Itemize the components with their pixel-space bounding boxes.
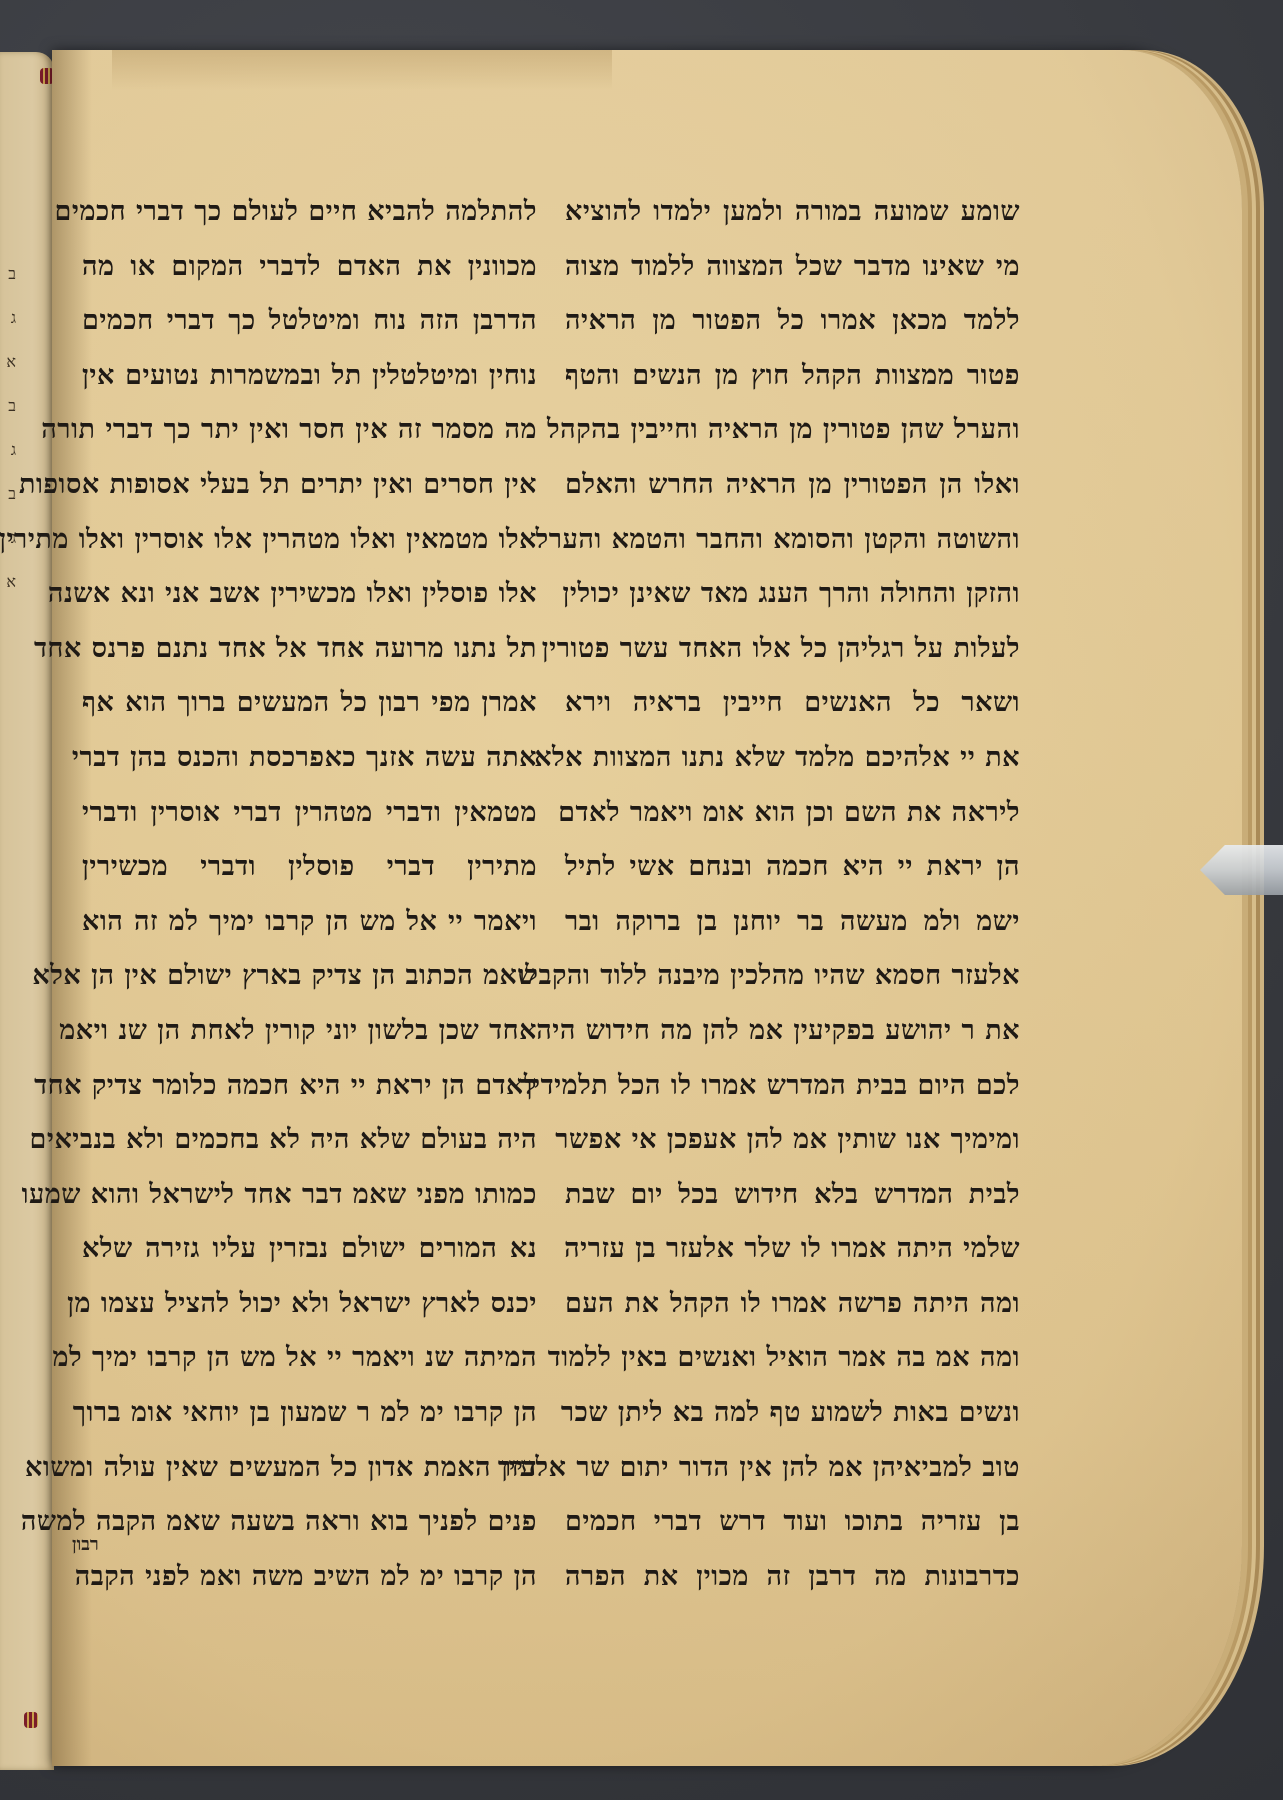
water-stain bbox=[112, 50, 612, 90]
text-line: ומה היתה פרשה אמרו לו הקהל את העם bbox=[565, 1277, 1020, 1332]
text-line: מטמאין ודברי מטהרין דברי אוסרין ודברי bbox=[82, 786, 537, 841]
text-line: ישמ ולמ מעשה בר יוחנן בן ברוקה ובר bbox=[565, 895, 1020, 950]
text-line: מתירין דברי פוסלין ודברי מכשירין bbox=[82, 840, 537, 895]
text-line: את ר יהושע בפקיעין אמ להן מה חידוש היה bbox=[565, 1004, 1020, 1059]
text-line: ליראה את השם וכן הוא אומ ויאמר לאדם bbox=[565, 786, 1020, 841]
text-line: ונשים באות לשמוע טף למה בא ליתן שכר bbox=[565, 1386, 1020, 1441]
text-line: לאדם הן יראת יי היא חכמה כלומר צדיק אחד bbox=[82, 1059, 537, 1114]
text-line: הן קרבו ימ למ השיב משה ואמ לפני הקבה bbox=[82, 1550, 537, 1605]
text-line: שלמי היתה אמרו לו שלר אלעזר בן עזריה bbox=[565, 1222, 1020, 1277]
text-line: תל נתנו מרועה אחד אל אחד נתנם פרנס אחד bbox=[82, 622, 537, 677]
text-line: ומה אמ בה אמר הואיל ואנשים באין ללמוד bbox=[565, 1331, 1020, 1386]
text-line: דיין האמת אדון כל המעשים שאין עולה ומשוא bbox=[82, 1441, 537, 1496]
text-line: טוב למביאיהן אמ להן אין הדור יתום שר אלע… bbox=[565, 1441, 1020, 1496]
text-line: לכם היום בבית המדרש אמרו לו הכל תלמידיך bbox=[565, 1059, 1020, 1114]
text-line: ויאמר יי אל מש הן קרבו ימיך למ זה הוא bbox=[82, 895, 537, 950]
text-line: שאמ הכתוב הן צדיק בארץ ישולם אין הן אלא bbox=[82, 949, 537, 1004]
text-line: פטור ממצוות הקהל חוץ מן הנשים והטף bbox=[565, 349, 1020, 404]
text-line: פנים לפניך בוא וראה בשעה שאמ הקבה למשה bbox=[82, 1495, 537, 1550]
text-line: מה מסמר זה אין חסר ואין יתר כך דברי תורה bbox=[82, 403, 537, 458]
text-line: והשוטה והקטן והסומא והחבר והטמא והערל bbox=[565, 513, 1020, 568]
text-line: היה בעולם שלא היה לא בחכמים ולא בנביאים bbox=[82, 1113, 537, 1168]
text-line: הדרבן הזה נוח ומיטלטל כך דברי חכמים bbox=[82, 294, 537, 349]
text-line: כדרבונות מה דרבן זה מכוין את הפרה bbox=[565, 1550, 1020, 1605]
text-line: אתה עשה אזנך כאפרכסת והכנס בהן דברי bbox=[82, 731, 537, 786]
text-column-left: להתלמה להביא חיים לעולם כך דברי חכמים מכ… bbox=[82, 185, 537, 1604]
text-line: בן עזריה בתוכו ועוד דרש דברי חכמים bbox=[565, 1495, 1020, 1550]
text-line: ללמד מכאן אמרו כל הפטור מן הראיה bbox=[565, 294, 1020, 349]
text-line: יכנס לארץ ישראל ולא יכול להציל עצמו מן bbox=[82, 1277, 537, 1332]
text-line: לעלות על רגליהן כל אלו האחד עשר פטורין bbox=[565, 622, 1020, 677]
manuscript-page: שומע שמועה במורה ולמען ילמדו להוציא מי ש… bbox=[52, 50, 1242, 1766]
text-line: את יי אלהיכם מלמד שלא נתנו המצוות אלא bbox=[565, 731, 1020, 786]
text-line: הן קרבו ימ למ ר שמעון בן יוחאי אומ ברוך bbox=[82, 1386, 537, 1441]
text-line: לבית המדרש בלא חידוש בכל יום שבת bbox=[565, 1168, 1020, 1223]
text-line: מכוונין את האדם לדברי המקום או מה bbox=[82, 240, 537, 295]
text-line: ומימיך אנו שותין אמ להן אעפכן אי אפשר bbox=[565, 1113, 1020, 1168]
text-line: אלו מטמאין ואלו מטהרין אלו אוסרין ואלו מ… bbox=[82, 513, 537, 568]
text-line: אין חסרים ואין יתרים תל בעלי אסופות אסופ… bbox=[82, 458, 537, 513]
text-line: כמותו מפני שאמ דבר אחד לישראל והוא שמעו bbox=[82, 1168, 537, 1223]
text-line: ואלו הן הפטורין מן הראיה החרש והאלם bbox=[565, 458, 1020, 513]
catchword: רבון bbox=[72, 1534, 99, 1555]
text-line: אלו פוסלין ואלו מכשירין אשב אני ונא אשנה bbox=[82, 567, 537, 622]
text-line: והזקן והחולה והרך הענג מאד שאינן יכולין bbox=[565, 567, 1020, 622]
text-line: המיתה שנ ויאמר יי אל מש הן קרבו ימיך למ bbox=[82, 1331, 537, 1386]
text-line: נא המורים ישולם נבזרין עליו גזירה שלא bbox=[82, 1222, 537, 1277]
text-line: והערל שהן פטורין מן הראיה וחייבין בהקהל bbox=[565, 403, 1020, 458]
text-column-right: שומע שמועה במורה ולמען ילמדו להוציא מי ש… bbox=[565, 185, 1020, 1604]
text-line: הן יראת יי היא חכמה ובנחם אשי לתיל bbox=[565, 840, 1020, 895]
binding-thread-bottom bbox=[24, 1712, 38, 1728]
text-line: אחד שכן בלשון יוני קורין לאחת הן שנ ויאמ bbox=[82, 1004, 537, 1059]
text-line: ושאר כל האנשים חייבין בראיה וירא bbox=[565, 676, 1020, 731]
text-line: אלעזר חסמא שהיו מהלכין מיבנה ללוד והקבלו bbox=[565, 949, 1020, 1004]
text-line: אמרן מפי רבון כל המעשים ברוך הוא אף bbox=[82, 676, 537, 731]
text-line: שומע שמועה במורה ולמען ילמדו להוציא bbox=[565, 185, 1020, 240]
text-line: נוחין ומיטלטלין תל ובמשמרות נטועים אין bbox=[82, 349, 537, 404]
text-line: להתלמה להביא חיים לעולם כך דברי חכמים bbox=[82, 185, 537, 240]
text-line: מי שאינו מדבר שכל המצווה ללמוד מצוה bbox=[565, 240, 1020, 295]
